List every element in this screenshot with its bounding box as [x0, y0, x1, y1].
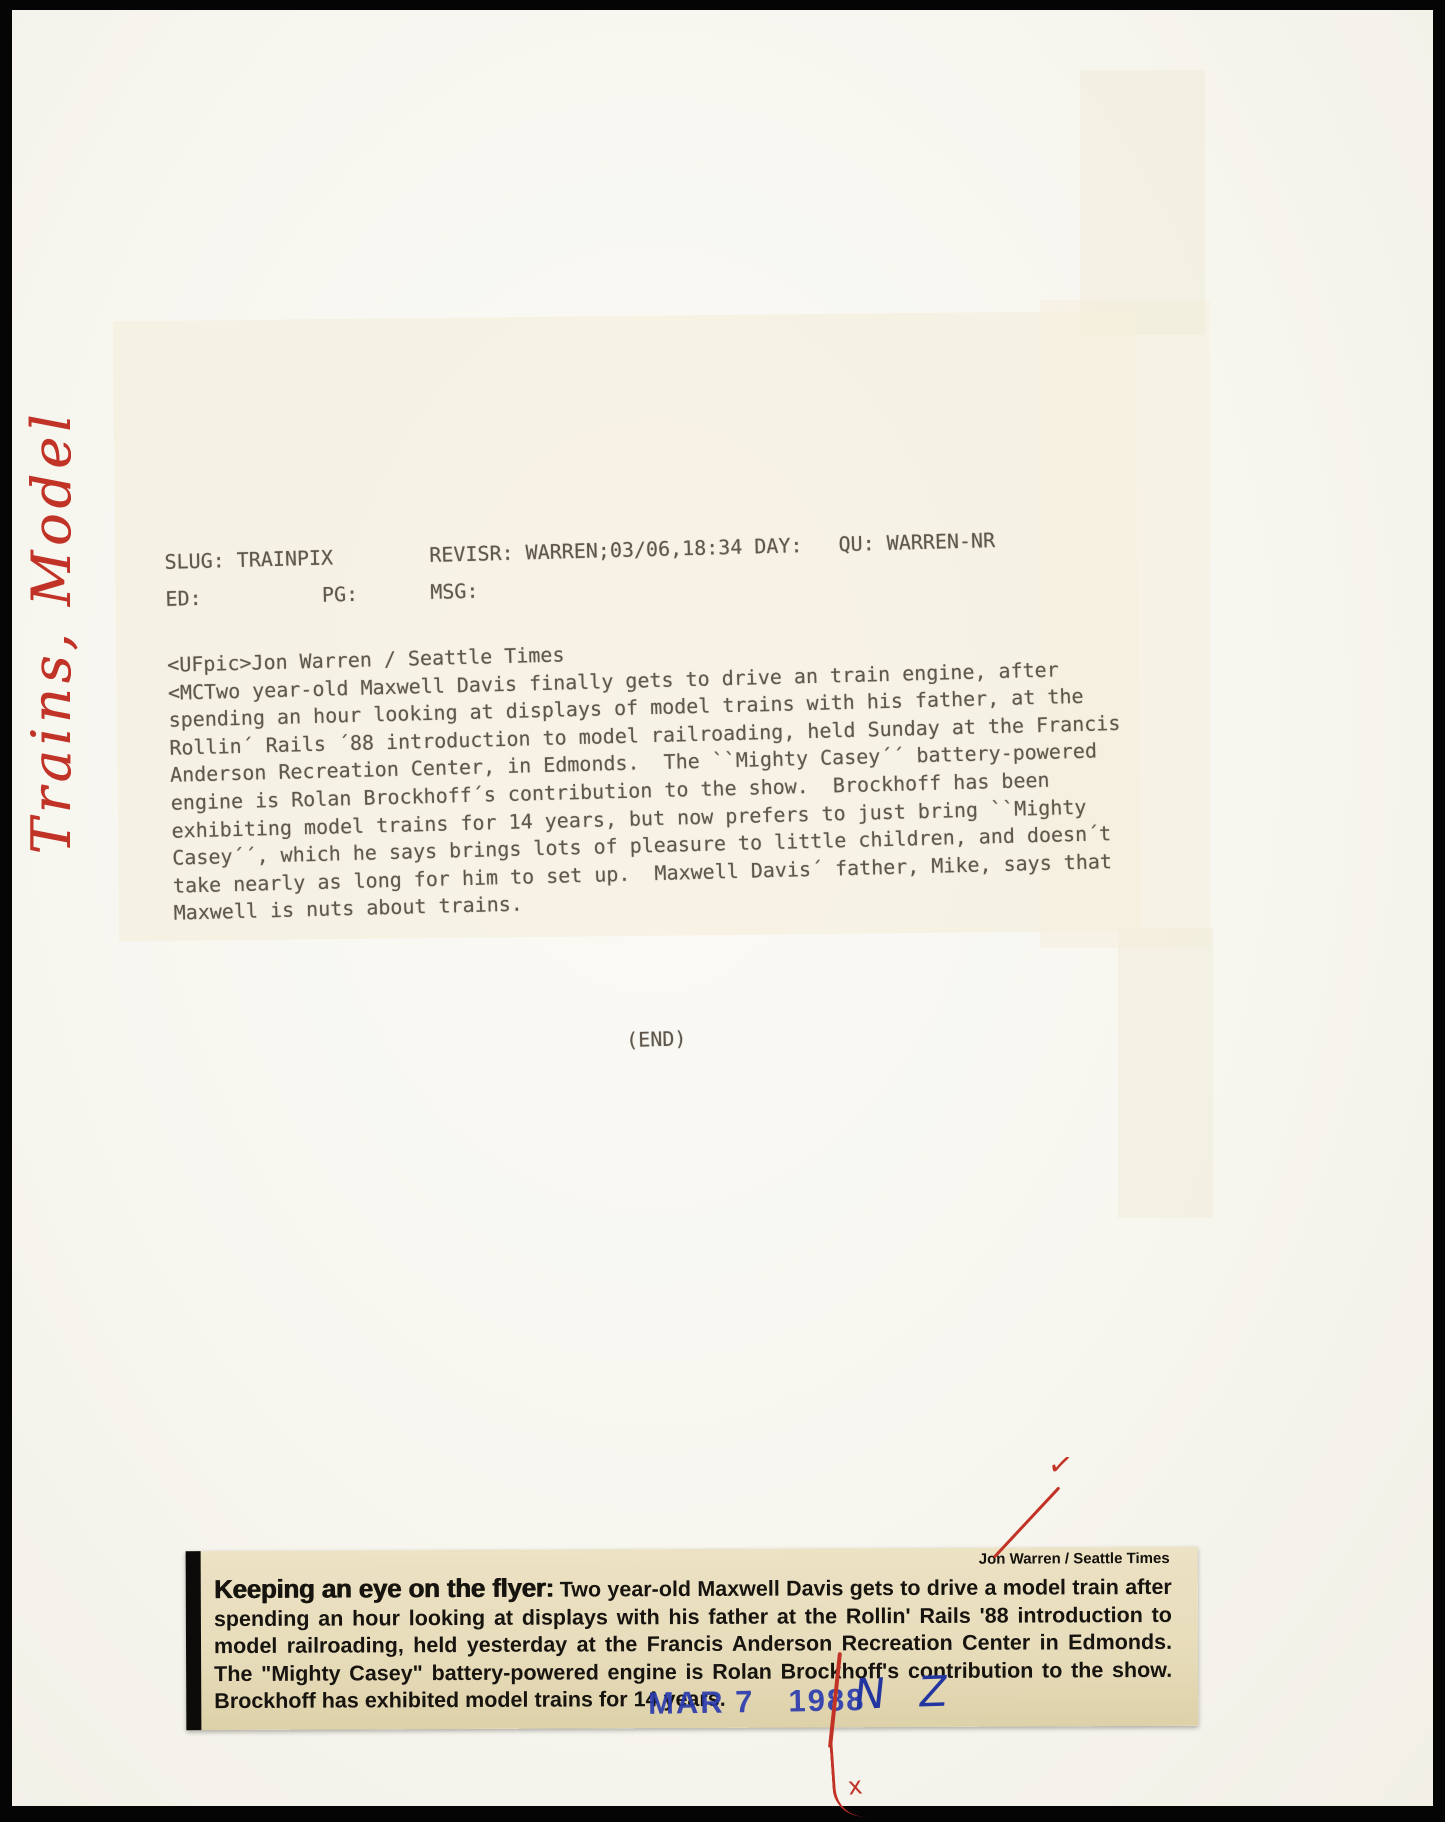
scan-artifact	[1080, 70, 1205, 335]
red-check-mark: ✓	[1046, 1446, 1076, 1484]
red-x-mark: x	[847, 1771, 864, 1800]
handwritten-edition-mark: N Z	[851, 1666, 960, 1719]
clipping-lead-in: Keeping an eye on the flyer:	[214, 1573, 560, 1605]
clipping-black-edge	[186, 1551, 202, 1730]
photo-credit: Jon Warren / Seattle Times	[979, 1550, 1170, 1568]
date-stamp-month-day: MAR 7	[648, 1684, 755, 1721]
caption-paragraph: <UFpic>Jon Warren / Seattle Times <MCTwo…	[167, 627, 1125, 928]
photo-back-scan: SLUG: TRAINPIX REVISR: WARREN;03/06,18:3…	[0, 0, 1445, 1822]
editor-header-line: ED: PG: MSG:	[165, 579, 479, 611]
typed-caption-block: SLUG: TRAINPIX REVISR: WARREN;03/06,18:3…	[158, 516, 1182, 1072]
end-marker: (END)	[626, 1026, 687, 1052]
handwritten-filing-note: Trains, Model	[20, 350, 100, 914]
